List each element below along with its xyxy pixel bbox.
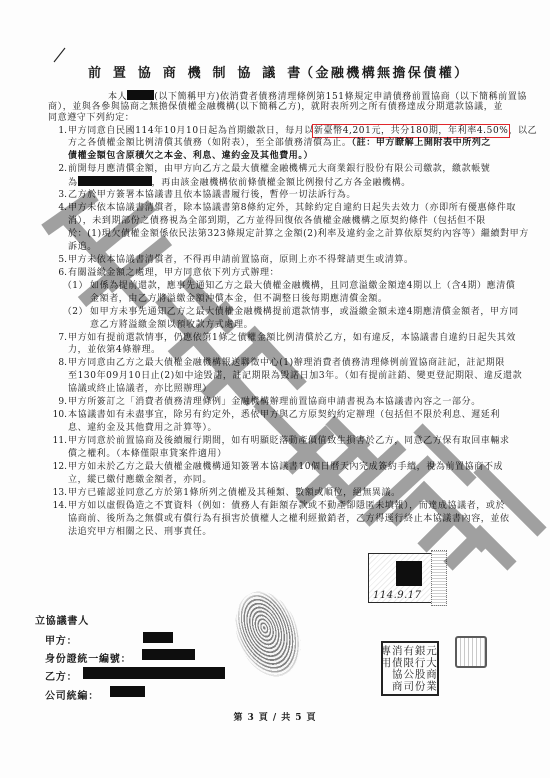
text-line: 12.甲方如未於乙方之最大債權金融機構通知簽署本協議書10個日曆天內完成簽約手續… bbox=[0, 461, 550, 474]
text-line: 協議或終止協議者，亦比照辦理） bbox=[0, 383, 550, 396]
party-a-redacted bbox=[143, 632, 173, 643]
text-segment: 訴追。 bbox=[68, 242, 97, 252]
id-number-label: 身份證統一編號： bbox=[45, 650, 131, 665]
text-segment: 至130年09月10日止(2)如中途毀諾，註記期限為毀諾日加3年。（如有提前註銷… bbox=[68, 371, 522, 381]
text-segment: （註：甲方瞭解上開附表中所列之 bbox=[352, 138, 492, 148]
text-line: 法追究甲方相關之民、刑事責任。 bbox=[0, 526, 550, 539]
clause-number: （2） bbox=[63, 306, 88, 319]
text-line: 為，再由該金融機構依前條債權金額比例撥付乙方各金融機構。 bbox=[0, 176, 550, 189]
text-segment: 金額者，由乙方將溢繳金額沖償本金，但不調整日後每期應清償金額。 bbox=[90, 294, 388, 304]
clause-number: 12. bbox=[53, 461, 67, 474]
signatories-heading: 立協議書人 bbox=[35, 612, 89, 627]
clause-number: 1. bbox=[58, 125, 67, 138]
clause-number: 13. bbox=[53, 487, 67, 500]
text-segment: 如甲方未事先通知乙方之最大債權金融機構提前還款情事，或溢繳金額未達4期應清償金額… bbox=[90, 307, 519, 317]
text-segment: 甲方同意由乙方之最大債權金融機構報送聯徵中心(1)辦理消費者債務清理條例前置協商… bbox=[68, 358, 505, 368]
clause-number: 3. bbox=[58, 189, 67, 202]
clause-number: 5. bbox=[58, 254, 67, 267]
clause-number: （1） bbox=[63, 280, 88, 293]
text-line: 於：(1)現欠債權金額係依民法第323條規定計算之金額(2)利率及違約金之計算依… bbox=[0, 228, 550, 241]
text-segment: 債權金額包含原積欠之本金、利息、違約金及其他費用。） bbox=[68, 151, 313, 161]
text-segment: 同意遵守下列約定： bbox=[48, 113, 134, 123]
side-seal bbox=[431, 550, 447, 606]
text-segment: 甲方同意於前置協商及後續履行期間，如有明顯貶落動產價值致生損害於乙方，同意乙方保… bbox=[68, 436, 510, 446]
text-segment: 商），並與各參與協商之無擔保債權金融機構(以下簡稱乙方)，就附表所列之所有債務達… bbox=[48, 102, 503, 112]
text-line: 同意遵守下列約定： bbox=[0, 113, 550, 125]
text-segment: 前開每月應清償金額，由甲方向乙方之最大債權金融機構元大商業銀行股份有限公司繳款，… bbox=[68, 164, 490, 174]
text-segment: 甲方如未於乙方之最大債權金融機構通知簽署本協議書10個日曆天內完成簽約手續，視為… bbox=[68, 462, 503, 472]
text-line: 意乙方將溢繳金額以預收款方式處理。 bbox=[0, 319, 550, 332]
text-segment: 方之各債權金額比例清償其債務（如附表），至全部債務清償為止。 bbox=[68, 138, 352, 148]
text-segment: 本協議書如有未盡事宜，除另有約定外，悉依甲方與乙方原契約約定辦理（包括但不限於利… bbox=[68, 410, 500, 420]
text-segment: 甲方同意自民國114年10月10日起為首期繳款日，每月以 bbox=[68, 126, 314, 136]
text-line: 力，並依第4條辦理。 bbox=[0, 344, 550, 357]
title-main: 前置協商機制協議書 bbox=[88, 66, 312, 81]
text-segment: 甲方未依本協議書清償者，不得再申請前置協商，原則上亦不得聲請更生或清算。 bbox=[68, 255, 414, 265]
text-segment: 甲方未依本協議書清償者，除本協議書第8條約定外，其餘約定自違約日起失去效力（亦即… bbox=[68, 203, 516, 213]
text-line: 14.甲方如以虛假偽造之不實資料（例如：債務人有鉅額存款或不動產卻隱匿未填報），… bbox=[0, 500, 550, 513]
text-segment: 甲方已確認並同意乙方於第1條所列之債權及其種類、數額或順位，絕無異議。 bbox=[68, 488, 401, 498]
text-segment: 為 bbox=[68, 178, 78, 188]
text-segment: 償之權利。（本條僅限車貸案件適用） bbox=[68, 449, 227, 459]
clause-number: 14. bbox=[53, 500, 67, 513]
fingerprint-mark bbox=[224, 582, 313, 686]
highlighted-payment-terms: 新臺幣4,201元，共分180期，年利率4.50% bbox=[314, 126, 509, 136]
document-page: 前置協商機制協議書（金融機構無擔保債權） 本人(以下簡稱甲方)依消費者債務清理條… bbox=[0, 0, 550, 778]
party-b-redacted bbox=[83, 667, 225, 679]
text-segment: 立，縱已繳付應繳金額者，亦同。 bbox=[68, 475, 212, 485]
title-subtitle: （金融機構無擔保債權） bbox=[300, 66, 469, 81]
text-segment: 息、違約金及其他費用之計算等）。 bbox=[68, 423, 217, 433]
text-line: 3.乙方於甲方簽署本協議書且依本協議書履行後，暫停一切法訴行為。 bbox=[0, 189, 550, 202]
company-id-redacted bbox=[110, 686, 145, 697]
clause-number: 7. bbox=[58, 332, 67, 345]
page-middle: 頁 / 共 bbox=[259, 713, 292, 723]
text-segment: 甲方所簽訂之「消費者債務清理條例」金融機構辦理前置協商申請書視為本協議書內容之一… bbox=[68, 397, 481, 407]
page-footer: 第3頁 / 共5頁 bbox=[0, 710, 550, 723]
text-line: 債權金額包含原積欠之本金、利息、違約金及其他費用。） bbox=[0, 150, 550, 163]
text-segment: (以下簡稱甲方)依消費者債務清理條例第151條規定申請債務前置協商（以下簡稱前置… bbox=[154, 92, 527, 102]
text-segment: 意乙方將溢繳金額以預收款方式處理。 bbox=[90, 320, 253, 330]
text-segment: 本人 bbox=[108, 92, 127, 102]
text-segment: 協商前、後所為之無償或有償行為有損害於債權人之權利經撤銷者，乙方得逕行終止本協議… bbox=[68, 514, 510, 524]
small-seal bbox=[455, 636, 487, 668]
date-stamp-date: 114.9.17 bbox=[373, 590, 422, 601]
text-line: 8.甲方同意由乙方之最大債權金融機構報送聯徵中心(1)辦理消費者債務清理條例前置… bbox=[0, 357, 550, 370]
party-a-label: 甲方： bbox=[45, 632, 77, 647]
text-segment: 乙方於甲方簽署本協議書且依本協議書履行後，暫停一切法訴行為。 bbox=[68, 190, 356, 200]
text-segment: 有關溢繳金額之處理，甲方同意依下列方式辦理： bbox=[68, 268, 279, 278]
current-page: 3 bbox=[247, 713, 254, 723]
company-id-label: 公司統編： bbox=[45, 687, 99, 702]
text-segment: 如係為提前還款，應事先通知乙方之最大債權金融機構，且同意溢繳金額達4期以上（含4… bbox=[90, 281, 515, 291]
text-line: 4.甲方未依本協議書清償者，除本協議書第8條約定外，其餘約定自違約日起失去效力（… bbox=[0, 202, 550, 215]
document-title: 前置協商機制協議書（金融機構無擔保債權） bbox=[88, 66, 470, 82]
page-suffix: 頁 bbox=[307, 713, 317, 723]
clause-number: 8. bbox=[58, 357, 67, 370]
redacted-name bbox=[127, 90, 154, 100]
text-line: 至130年09月10日止(2)如中途毀諾，註記期限為毀諾日加3年。（如有提前註銷… bbox=[0, 370, 550, 383]
clause-number: 4. bbox=[58, 202, 67, 215]
party-b-label: 乙方： bbox=[45, 668, 77, 683]
text-segment: 消），未到期部份之債務視為全部到期，乙方並得回復依各債權金融機構之原契約條件（包… bbox=[68, 216, 486, 226]
redacted-account bbox=[78, 176, 152, 186]
page-prefix: 第 bbox=[233, 713, 243, 723]
text-line: 訴追。 bbox=[0, 241, 550, 254]
text-line: 10.本協議書如有未盡事宜，除另有約定外，悉依甲方與乙方原契約約定辦理（包括但不… bbox=[0, 409, 550, 422]
clause-number: 11. bbox=[53, 435, 67, 448]
text-line: 2.前開每月應清償金額，由甲方向乙方之最大債權金融機構元大商業銀行股份有限公司繳… bbox=[0, 163, 550, 176]
total-pages: 5 bbox=[295, 713, 302, 723]
clause-list: 1.甲方同意自民國114年10月10日起為首期繳款日，每月以新臺幣4,201元，… bbox=[0, 125, 550, 539]
text-segment: ，再由該金融機構依前條債權金額比例撥付乙方各金融機構。 bbox=[152, 178, 411, 188]
text-line: 方之各債權金額比例清償其債務（如附表），至全部債務清償為止。（註：甲方瞭解上開附… bbox=[0, 137, 550, 150]
bank-seal: 元大商業銀行股份有限公司消債協商專用 bbox=[381, 641, 439, 696]
text-segment: 於：(1)現欠債權金額係依民法第323條規定計算之金額(2)利率及違約金之計算依… bbox=[68, 229, 529, 239]
text-segment: 甲方如以虛假偽造之不實資料（例如：債務人有鉅額存款或不動產卻隱匿未填報），而達成… bbox=[68, 501, 505, 511]
text-line: 6.有關溢繳金額之處理，甲方同意依下列方式辦理： bbox=[0, 267, 550, 280]
intro-paragraph: 本人(以下簡稱甲方)依消費者債務清理條例第151條規定申請債務前置協商（以下簡稱… bbox=[0, 90, 550, 125]
text-line: 協商前、後所為之無償或有償行為有損害於債權人之權利經撤銷者，乙方得逕行終止本協議… bbox=[0, 513, 550, 526]
text-line: 商），並與各參與協商之無擔保債權金融機構(以下簡稱乙方)，就附表所列之所有債務達… bbox=[0, 102, 550, 114]
text-line: 13.甲方已確認並同意乙方於第1條所列之債權及其種類、數額或順位，絕無異議。 bbox=[0, 487, 550, 500]
pen-mark bbox=[52, 46, 68, 64]
text-line: 償之權利。（本條僅限車貸案件適用） bbox=[0, 448, 550, 461]
text-line: （1）如係為提前還款，應事先通知乙方之最大債權金融機構，且同意溢繳金額達4期以上… bbox=[0, 280, 550, 293]
text-segment: 協議或終止協議者，亦比照辦理） bbox=[68, 384, 212, 394]
text-line: 息、違約金及其他費用之計算等）。 bbox=[0, 422, 550, 435]
text-line: 消），未到期部份之債務視為全部到期，乙方並得回復依各債權金融機構之原契約條件（包… bbox=[0, 215, 550, 228]
clause-number: 9. bbox=[58, 396, 67, 409]
text-line: 5.甲方未依本協議書清償者，不得再申請前置協商，原則上亦不得聲請更生或清算。 bbox=[0, 254, 550, 267]
date-stamp: 114.9.17 bbox=[368, 553, 432, 603]
text-segment: 力，並依第4條辦理。 bbox=[68, 345, 161, 355]
clause-number: 2. bbox=[58, 163, 67, 176]
id-number-redacted bbox=[142, 649, 195, 660]
text-line: 1.甲方同意自民國114年10月10日起為首期繳款日，每月以新臺幣4,201元，… bbox=[0, 125, 550, 138]
date-stamp-redaction bbox=[396, 561, 422, 586]
text-segment: 法追究甲方相關之民、刑事責任。 bbox=[68, 527, 212, 537]
text-line: 7.甲方如有提前還款情事，仍應依第1條之債權金額比例清償於乙方，如有違反，本協議… bbox=[0, 332, 550, 345]
text-line: 11.甲方同意於前置協商及後續履行期間，如有明顯貶落動產價值致生損害於乙方，同意… bbox=[0, 435, 550, 448]
text-line: 本人(以下簡稱甲方)依消費者債務清理條例第151條規定申請債務前置協商（以下簡稱… bbox=[0, 90, 550, 102]
text-line: 金額者，由乙方將溢繳金額沖償本金，但不調整日後每期應清償金額。 bbox=[0, 293, 550, 306]
text-line: 9.甲方所簽訂之「消費者債務清理條例」金融機構辦理前置協商申請書視為本協議書內容… bbox=[0, 396, 550, 409]
text-segment: 甲方如有提前還款情事，仍應依第1條之債權金額比例清償於乙方，如有違反，本協議書自… bbox=[68, 333, 516, 343]
text-segment: ，以乙 bbox=[508, 126, 537, 136]
clause-number: 10. bbox=[53, 409, 67, 422]
text-line: 立，縱已繳付應繳金額者，亦同。 bbox=[0, 474, 550, 487]
text-line: （2）如甲方未事先通知乙方之最大債權金融機構提前還款情事，或溢繳金額未達4期應清… bbox=[0, 306, 550, 319]
clause-number: 6. bbox=[58, 267, 67, 280]
